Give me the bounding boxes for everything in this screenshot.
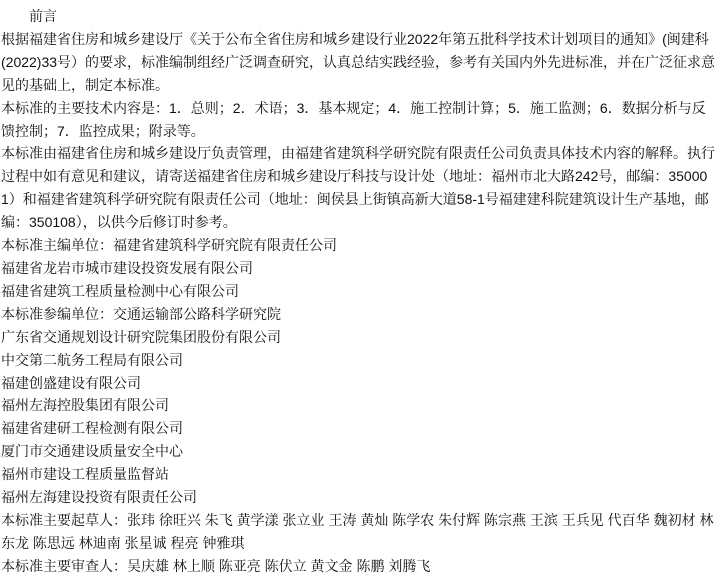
participating-unit-line: 本标准参编单位：交通运输部公路科学研究院 xyxy=(1,303,718,326)
participating-unit-line: 厦门市交通建设质量安全中心 xyxy=(1,440,718,463)
technical-contents-paragraph: 本标准的主要技术内容是：1．总则；2．术语；3．基本规定；4．施工控制计算；5．… xyxy=(1,97,718,143)
participating-unit-line: 福州市建设工程质量监督站 xyxy=(1,463,718,486)
chief-editor-unit-line: 福建省龙岩市城市建设投资发展有限公司 xyxy=(1,257,718,280)
preface-title: 前言 xyxy=(1,5,718,28)
participating-unit-line: 福州左海建设投资有限责任公司 xyxy=(1,486,718,509)
chief-editor-unit-line: 本标准主编单位：福建省建筑科学研究院有限责任公司 xyxy=(1,234,718,257)
reviewers-paragraph: 本标准主要审查人：吴庆雄 林上顺 陈亚亮 陈伏立 黄文金 陈鹏 刘腾飞 xyxy=(1,555,718,573)
participating-unit-line: 中交第二航务工程局有限公司 xyxy=(1,349,718,372)
participating-unit-line: 福建省建研工程检测有限公司 xyxy=(1,417,718,440)
participating-unit-line: 广东省交通规划设计研究院集团股份有限公司 xyxy=(1,326,718,349)
drafters-paragraph: 本标准主要起草人：张玮 徐旺兴 朱飞 黄学漾 张立业 王涛 黄灿 陈学农 朱付辉… xyxy=(1,509,718,555)
preface-document: 前言 根据福建省住房和城乡建设厅《关于公布全省住房和城乡建设行业2022年第五批… xyxy=(0,0,718,573)
basis-paragraph: 根据福建省住房和城乡建设厅《关于公布全省住房和城乡建设行业2022年第五批科学技… xyxy=(1,28,718,97)
participating-unit-line: 福建创盛建设有限公司 xyxy=(1,372,718,395)
participating-unit-line: 福州左海控股集团有限公司 xyxy=(1,394,718,417)
management-paragraph: 本标准由福建省住房和城乡建设厅负责管理，由福建省建筑科学研究院有限责任公司负责具… xyxy=(1,142,718,234)
chief-editor-unit-line: 福建省建筑工程质量检测中心有限公司 xyxy=(1,280,718,303)
